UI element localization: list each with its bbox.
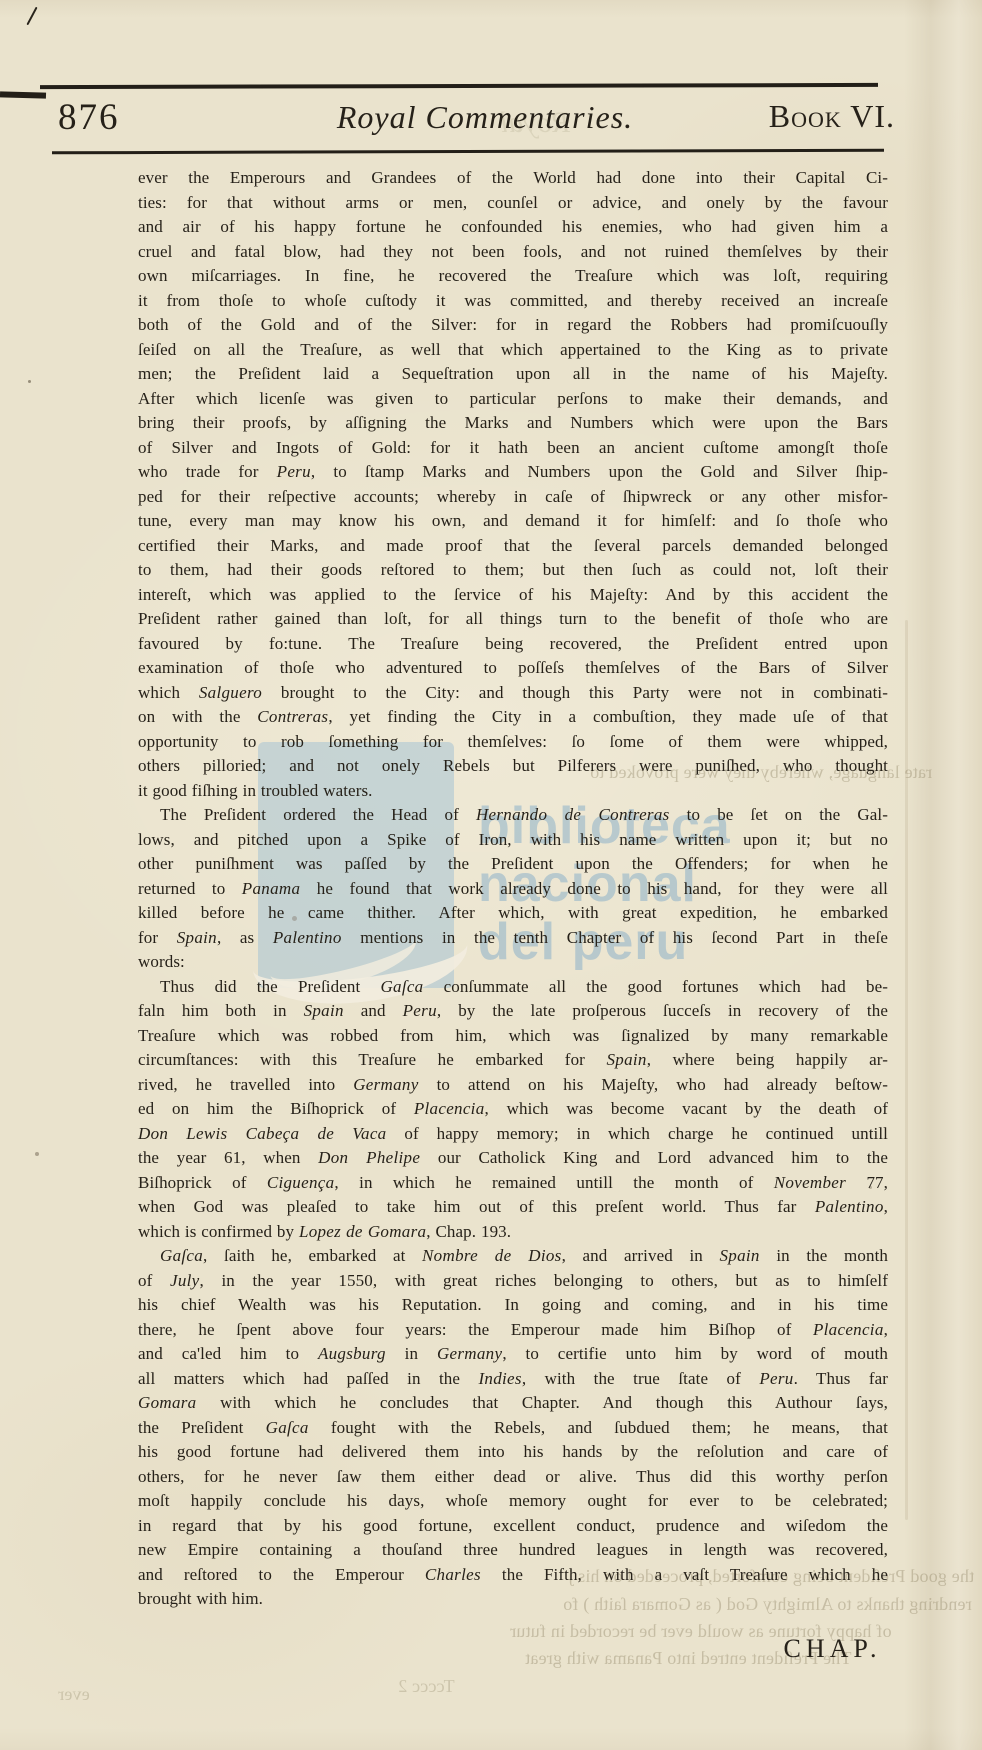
text-line: to them, had their goods reſtored to the… bbox=[138, 558, 888, 583]
text-line: of Silver and Ingots of Gold: for it hat… bbox=[138, 436, 888, 461]
text-line: when God was pleaſed to take him out of … bbox=[138, 1195, 888, 1220]
book-page-scan: biblioteca nacional del peru Royal rate … bbox=[0, 0, 982, 1750]
bleedthrough-word: ever bbox=[58, 1684, 90, 1705]
text-line: ed on him the Biſhoprick of Placencia, w… bbox=[138, 1097, 888, 1122]
paragraph: ever the Emperours and Grandees of the W… bbox=[138, 166, 888, 803]
text-line: circumſtances: with this Treaſure he emb… bbox=[138, 1048, 888, 1073]
text-line: faln him both in Spain and Peru, by the … bbox=[138, 999, 888, 1024]
header-rule-bottom bbox=[52, 149, 884, 155]
text-line: tune, every man may know his own, and de… bbox=[138, 509, 888, 534]
text-line: all matters which had paſſed in the Indi… bbox=[138, 1367, 888, 1392]
header-rule-top-left bbox=[0, 91, 46, 98]
page-edge-shadow bbox=[904, 0, 982, 1750]
text-line: his good fortune had delivered them into… bbox=[138, 1440, 888, 1465]
text-line: favoured by fo:tune. The Treaſure being … bbox=[138, 632, 888, 657]
text-line: intereſt, which was applied to the ſervi… bbox=[138, 583, 888, 608]
text-line: Treaſure which was robbed from him, whic… bbox=[138, 1024, 888, 1049]
text-line: other puniſhment was paſſed by the Preſi… bbox=[138, 852, 888, 877]
text-line: new Empire containing a thouſand three h… bbox=[138, 1538, 888, 1563]
text-line: Gomara with which he concludes that Chap… bbox=[138, 1391, 888, 1416]
paragraph: The Preſident ordered the Head of Hernan… bbox=[138, 803, 888, 975]
text-line: ped for their reſpective accounts; where… bbox=[138, 485, 888, 510]
text-line: it good fiſhing in troubled waters. bbox=[138, 779, 888, 804]
text-line: bring their proofs, by aſſigning the Mar… bbox=[138, 411, 888, 436]
text-line: others pilloried; and not onely Rebels b… bbox=[138, 754, 888, 779]
body-text: ever the Emperours and Grandees of the W… bbox=[138, 166, 888, 1612]
text-line: lows, and pitched upon a Spike of Iron, … bbox=[138, 828, 888, 853]
text-line: Preſident rather gained than loſt, for a… bbox=[138, 607, 888, 632]
text-line: certified their Marks, and made proof th… bbox=[138, 534, 888, 559]
text-line: and air of his happy fortune he confound… bbox=[138, 215, 888, 240]
text-line: ties: for that without arms or men, coun… bbox=[138, 191, 888, 216]
ink-speck bbox=[35, 1152, 39, 1156]
text-line: and reſtored to the Emperour Charles the… bbox=[138, 1563, 888, 1588]
text-line: on with the Contreras, yet finding the C… bbox=[138, 705, 888, 730]
text-line: Gaſca, ſaith he, embarked at Nombre de D… bbox=[138, 1244, 888, 1269]
text-line: words: bbox=[138, 950, 888, 975]
text-line: ſeiſed on all the Treaſure, as well that… bbox=[138, 338, 888, 363]
header-rule-top bbox=[40, 83, 878, 89]
text-line: After which licenſe was given to particu… bbox=[138, 387, 888, 412]
text-line: examination of thoſe who adventured to p… bbox=[138, 656, 888, 681]
text-line: it from thoſe to whoſe cuſtody it was co… bbox=[138, 289, 888, 314]
text-line: men; the Preſident laid a Sequeſtration … bbox=[138, 362, 888, 387]
text-line: returned to Panama he found that work al… bbox=[138, 877, 888, 902]
text-line: Don Lewis Cabeça de Vaca of happy memory… bbox=[138, 1122, 888, 1147]
text-line: opportunity to rob ſomething for themſel… bbox=[138, 730, 888, 755]
text-line: in regard that by his good fortune, exce… bbox=[138, 1514, 888, 1539]
text-line: his chief Wealth was his Reputation. In … bbox=[138, 1293, 888, 1318]
catchword: CHAP. bbox=[770, 1634, 895, 1664]
paragraph: Gaſca, ſaith he, embarked at Nombre de D… bbox=[138, 1244, 888, 1612]
text-line: who trade for Peru, to ſtamp Marks and N… bbox=[138, 460, 888, 485]
page-edge-crease bbox=[905, 620, 908, 1520]
ink-mark bbox=[26, 7, 37, 26]
page-number: 876 bbox=[58, 96, 120, 139]
text-line: of July, in the year 1550, with great ri… bbox=[138, 1269, 888, 1294]
text-line: The Preſident ordered the Head of Hernan… bbox=[138, 803, 888, 828]
text-line: both of the Gold and of the Silver: for … bbox=[138, 313, 888, 338]
running-title: Royal Commentaries. bbox=[280, 99, 690, 136]
paragraph: Thus did the Preſident Gaſca conſummate … bbox=[138, 975, 888, 1245]
text-line: rived, he travelled into Germany to atte… bbox=[138, 1073, 888, 1098]
text-line: which Salguero brought to the City: and … bbox=[138, 681, 888, 706]
bleedthrough-catchword: Tcccc 2 bbox=[398, 1676, 455, 1697]
text-line: the year 61, when Don Phelipe our Cathol… bbox=[138, 1146, 888, 1171]
text-line: killed before he came thither. After whi… bbox=[138, 901, 888, 926]
text-line: Biſhoprick of Ciguença, in which he rema… bbox=[138, 1171, 888, 1196]
text-line: which is confirmed by Lopez de Gomara, C… bbox=[138, 1220, 888, 1245]
text-line: Thus did the Preſident Gaſca conſummate … bbox=[138, 975, 888, 1000]
text-line: the Preſident Gaſca fought with the Rebe… bbox=[138, 1416, 888, 1441]
text-line: others, for he never ſaw them either dea… bbox=[138, 1465, 888, 1490]
text-line: cruel and fatal blow, had they not been … bbox=[138, 240, 888, 265]
text-line: moſt happily conclude his days, whoſe me… bbox=[138, 1489, 888, 1514]
text-line: there, he ſpent above four years: the Em… bbox=[138, 1318, 888, 1343]
text-line: and ca'led him to Augsburg in Germany, t… bbox=[138, 1342, 888, 1367]
text-line: ever the Emperours and Grandees of the W… bbox=[138, 166, 888, 191]
text-line: brought with him. bbox=[138, 1587, 888, 1612]
text-line: own miſcarriages. In fine, he recovered … bbox=[138, 264, 888, 289]
book-label: Book VI. bbox=[710, 98, 895, 135]
text-line: for Spain, as Palentino mentions in the … bbox=[138, 926, 888, 951]
ink-speck bbox=[28, 380, 31, 383]
